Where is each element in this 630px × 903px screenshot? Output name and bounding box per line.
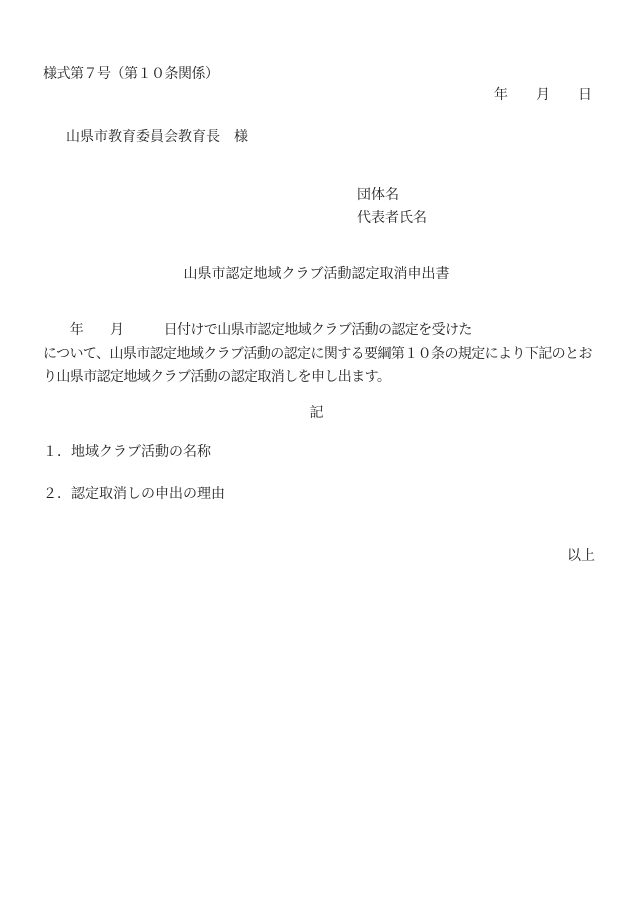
closing-mark: 以上 xyxy=(0,546,630,566)
item-club-activity-name: １．地域クラブ活動の名称 xyxy=(43,442,211,462)
addressee: 山県市教育委員会教育長 様 xyxy=(66,127,248,147)
body-paragraph-line: 年 月 日付けで山県市認定地域クラブ活動の認定を受けた xyxy=(43,319,603,343)
document-title: 山県市認定地域クラブ活動認定取消申出書 xyxy=(43,264,590,284)
form-number: 様式第７号（第１０条関係） xyxy=(43,64,219,84)
document-page: 様式第７号（第１０条関係） 年 月 日 山県市教育委員会教育長 様 団体名 代表… xyxy=(0,0,630,903)
date-line: 年 月 日 xyxy=(0,85,630,105)
item-cancellation-reason: ２．認定取消しの申出の理由 xyxy=(43,484,225,504)
body-paragraph-line: について、山県市認定地域クラブ活動の認定に関する要綱第１０条の規定により下記のと… xyxy=(43,343,603,367)
organization-name-label: 団体名 xyxy=(357,185,399,205)
body-paragraph: 年 月 日付けで山県市認定地域クラブ活動の認定を受けた について、山県市認定地域… xyxy=(43,319,603,390)
record-marker: 記 xyxy=(43,403,590,423)
representative-name-label: 代表者氏名 xyxy=(357,208,427,228)
body-paragraph-line: り山県市認定地域クラブ活動の認定取消しを申し出ます。 xyxy=(43,366,603,390)
